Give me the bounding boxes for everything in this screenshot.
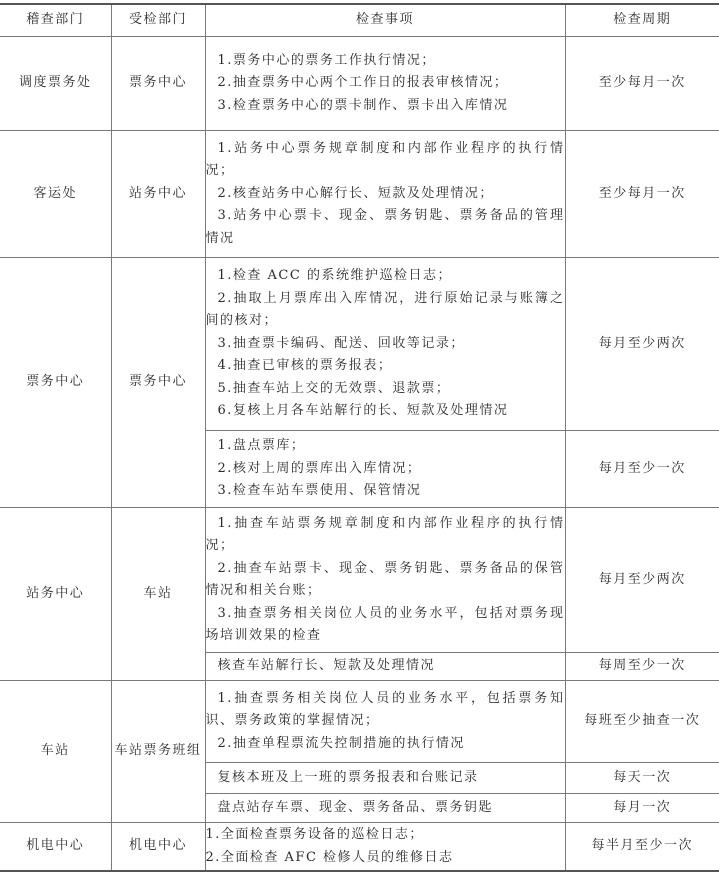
table-row: 车站 车站票务班组 1.抽查票务相关岗位人员的业务水平，包括票务知识、票务政策的… xyxy=(0,681,719,763)
item-text: 3.检查车站车票使用、保管情况 xyxy=(206,480,565,503)
auditor-cell: 客运处 xyxy=(0,131,111,258)
auditor-cell: 调度票务处 xyxy=(0,37,111,131)
period-cell: 每天一次 xyxy=(565,763,719,794)
item-text: 1.检查 ACC 的系统维护巡检日志； xyxy=(206,265,565,288)
table-row: 机电中心 机电中心 1.全面检查票务设备的巡检日志； 2.全面检查 AFC 检修… xyxy=(0,823,719,872)
items-cell: 1.检查 ACC 的系统维护巡检日志； 2.抽取上月票库出入库情况，进行原始记录… xyxy=(205,258,565,431)
table-row: 站务中心 车站 1.抽查车站票务规章制度和内部作业程序的执行情况； 2.抽查车站… xyxy=(0,508,719,653)
item-text: 2.核查站务中心解行长、短款及处理情况； xyxy=(206,183,565,206)
item-text: 3.抽查票卡编码、配送、回收等记录； xyxy=(206,333,565,356)
items-cell: 复核本班及上一班的票务报表和台账记录 xyxy=(205,763,565,794)
item-text: 6.复核上月各车站解行的长、短款及处理情况 xyxy=(206,400,565,423)
item-text: 2.抽查单程票流失控制措施的执行情况 xyxy=(206,733,565,756)
period-cell: 每班至少抽查一次 xyxy=(565,681,719,763)
item-text: 核查车站解行长、短款及处理情况 xyxy=(206,655,565,678)
item-text: 1.抽查票务相关岗位人员的业务水平，包括票务知识、票务政策的掌握情况； xyxy=(206,688,565,733)
items-cell: 盘点站存车票、现金、票务备品、票务钥匙 xyxy=(205,794,565,823)
period-cell: 每半月至少一次 xyxy=(565,823,719,872)
period-cell: 每周至少一次 xyxy=(565,653,719,681)
table-row: 票务中心 票务中心 1.检查 ACC 的系统维护巡检日志； 2.抽取上月票库出入… xyxy=(0,258,719,431)
items-cell: 1.抽查票务相关岗位人员的业务水平，包括票务知识、票务政策的掌握情况； 2.抽查… xyxy=(205,681,565,763)
table-row: 客运处 站务中心 1.站务中心票务规章制度和内部作业程序的执行情况； 2.核查站… xyxy=(0,131,719,258)
inspected-cell: 机电中心 xyxy=(111,823,205,872)
table-row: 调度票务处 票务中心 1.票务中心的票务工作执行情况； 2.抽查票务中心两个工作… xyxy=(0,37,719,131)
period-cell: 每月至少一次 xyxy=(565,431,719,508)
inspected-cell: 票务中心 xyxy=(111,37,205,131)
item-text: 2.抽查票务中心两个工作日的报表审核情况； xyxy=(206,72,565,95)
item-text: 3.抽查票务相关岗位人员的业务水平，包括对票务现场培训效果的检查 xyxy=(206,603,565,648)
item-text: 2.抽查车站票卡、现金、票务钥匙、票务备品的保管情况和相关台账； xyxy=(206,558,565,603)
header-items: 检查事项 xyxy=(205,4,565,37)
inspection-schedule-table: 稽查部门 受检部门 检查事项 检查周期 调度票务处 票务中心 1.票务中心的票务… xyxy=(0,3,719,872)
items-cell: 1.盘点票库； 2.核对上周的票库出入库情况； 3.检查车站车票使用、保管情况 xyxy=(205,431,565,508)
period-cell: 每月至少两次 xyxy=(565,258,719,431)
items-cell: 1.站务中心票务规章制度和内部作业程序的执行情况； 2.核查站务中心解行长、短款… xyxy=(205,131,565,258)
item-text: 3.站务中心票卡、现金、票务钥匙、票务备品的管理情况 xyxy=(206,205,565,250)
header-inspected: 受检部门 xyxy=(111,4,205,37)
inspected-cell: 站务中心 xyxy=(111,131,205,258)
item-text: 3.检查票务中心的票卡制作、票卡出入库情况 xyxy=(206,95,565,118)
item-text: 1.抽查车站票务规章制度和内部作业程序的执行情况； xyxy=(206,513,565,558)
item-text: 复核本班及上一班的票务报表和台账记录 xyxy=(206,767,565,790)
inspected-cell: 车站票务班组 xyxy=(111,681,205,823)
period-cell: 至少每月一次 xyxy=(565,131,719,258)
items-cell: 核查车站解行长、短款及处理情况 xyxy=(205,653,565,681)
period-cell: 每月至少两次 xyxy=(565,508,719,653)
auditor-cell: 车站 xyxy=(0,681,111,823)
inspected-cell: 车站 xyxy=(111,508,205,681)
table-header-row: 稽查部门 受检部门 检查事项 检查周期 xyxy=(0,4,719,37)
header-period: 检查周期 xyxy=(565,4,719,37)
item-text: 5.抽查车站上交的无效票、退款票； xyxy=(206,378,565,401)
period-cell: 至少每月一次 xyxy=(565,37,719,131)
auditor-cell: 机电中心 xyxy=(0,823,111,872)
item-text: 盘点站存车票、现金、票务备品、票务钥匙 xyxy=(206,797,565,820)
auditor-cell: 站务中心 xyxy=(0,508,111,681)
period-cell: 每月一次 xyxy=(565,794,719,823)
header-auditor: 稽查部门 xyxy=(0,4,111,37)
item-text: 2.抽取上月票库出入库情况，进行原始记录与账簿之间的核对； xyxy=(206,288,565,333)
item-text: 1.全面检查票务设备的巡检日志； xyxy=(206,824,565,847)
items-cell: 1.全面检查票务设备的巡检日志； 2.全面检查 AFC 检修人员的维修日志 xyxy=(205,823,565,872)
inspected-cell: 票务中心 xyxy=(111,258,205,508)
items-cell: 1.票务中心的票务工作执行情况； 2.抽查票务中心两个工作日的报表审核情况； 3… xyxy=(205,37,565,131)
item-text: 2.全面检查 AFC 检修人员的维修日志 xyxy=(206,847,565,870)
item-text: 4.抽查已审核的票务报表； xyxy=(206,355,565,378)
item-text: 1.盘点票库； xyxy=(206,435,565,458)
item-text: 1.票务中心的票务工作执行情况； xyxy=(206,50,565,73)
items-cell: 1.抽查车站票务规章制度和内部作业程序的执行情况； 2.抽查车站票卡、现金、票务… xyxy=(205,508,565,653)
auditor-cell: 票务中心 xyxy=(0,258,111,508)
item-text: 1.站务中心票务规章制度和内部作业程序的执行情况； xyxy=(206,138,565,183)
item-text: 2.核对上周的票库出入库情况； xyxy=(206,458,565,481)
